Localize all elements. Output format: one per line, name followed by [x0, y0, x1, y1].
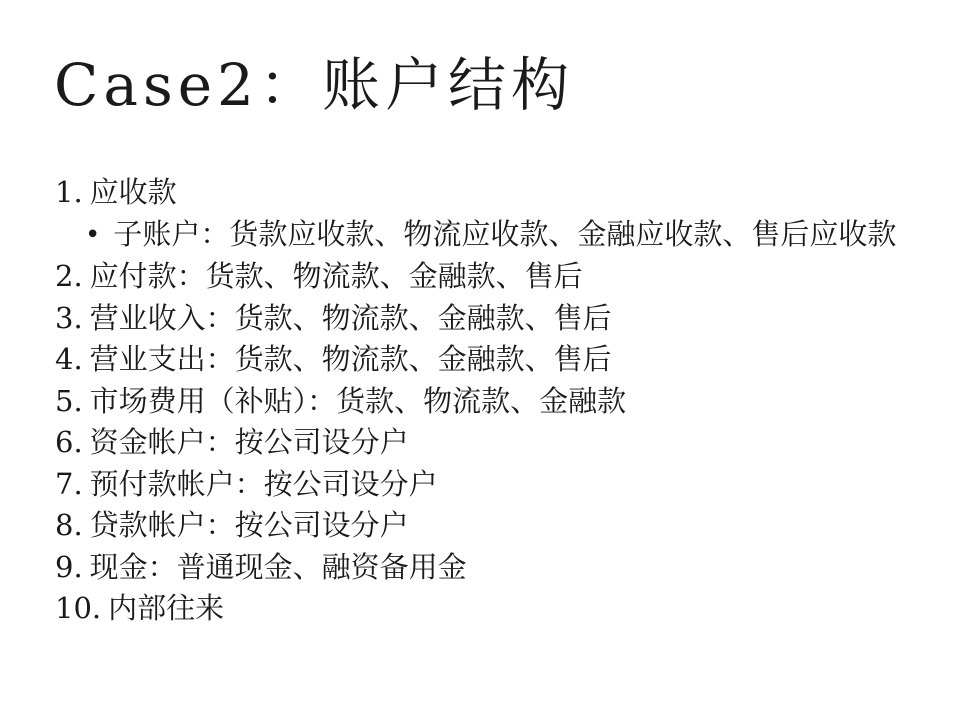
- list-item-text: 子账户：货款应收款、物流应收款、金融应收款、售后应收款: [113, 217, 896, 251]
- list-number: 9.: [55, 547, 83, 589]
- list-number: 6.: [55, 422, 83, 464]
- list-item-text: 资金帐户：按公司设分户: [90, 425, 409, 459]
- list-number: 1.: [55, 172, 83, 214]
- list-item-text: 内部往来: [108, 591, 224, 625]
- list-number: 8.: [55, 505, 83, 547]
- presentation-slide: Case2：账户结构 1.应收款 •子账户：货款应收款、物流应收款、金融应收款、…: [0, 0, 960, 720]
- list-item-text: 市场费用（补贴）：货款、物流款、金融款: [90, 384, 627, 418]
- list-item-text: 应收款: [90, 175, 177, 209]
- list-item: 4.营业支出：货款、物流款、金融款、售后: [55, 339, 940, 381]
- list-item: 3.营业收入：货款、物流款、金融款、售后: [55, 298, 940, 340]
- list-item: 2.应付款：货款、物流款、金融款、售后: [55, 256, 940, 298]
- list-item-text: 预付款帐户：按公司设分户: [90, 467, 438, 501]
- list-item: 7.预付款帐户：按公司设分户: [55, 464, 940, 506]
- slide-body: 1.应收款 •子账户：货款应收款、物流应收款、金融应收款、售后应收款 2.应付款…: [55, 172, 940, 630]
- list-number: 2.: [55, 256, 83, 298]
- list-item: 9.现金：普通现金、融资备用金: [55, 547, 940, 589]
- bullet-icon: •: [85, 215, 100, 257]
- list-number: 4.: [55, 339, 83, 381]
- list-item: 6.资金帐户：按公司设分户: [55, 422, 940, 464]
- list-number: 5.: [55, 381, 83, 423]
- list-item-text: 现金：普通现金、融资备用金: [90, 550, 467, 584]
- list-number: 3.: [55, 298, 83, 340]
- list-item: 1.应收款: [55, 172, 940, 214]
- list-item-text: 贷款帐户：按公司设分户: [90, 508, 409, 542]
- slide-title: Case2：账户结构: [54, 52, 574, 119]
- list-item-text: 应付款：货款、物流款、金融款、售后: [90, 259, 583, 293]
- list-item-text: 营业支出：货款、物流款、金融款、售后: [90, 342, 612, 376]
- list-item-text: 营业收入：货款、物流款、金融款、售后: [90, 301, 612, 335]
- list-number: 7.: [55, 464, 83, 506]
- list-number: 10.: [55, 588, 101, 630]
- list-item: 8.贷款帐户：按公司设分户: [55, 505, 940, 547]
- list-item: 5.市场费用（补贴）：货款、物流款、金融款: [55, 381, 940, 423]
- list-item: 10.内部往来: [55, 588, 940, 630]
- list-subitem: •子账户：货款应收款、物流应收款、金融应收款、售后应收款: [55, 214, 940, 257]
